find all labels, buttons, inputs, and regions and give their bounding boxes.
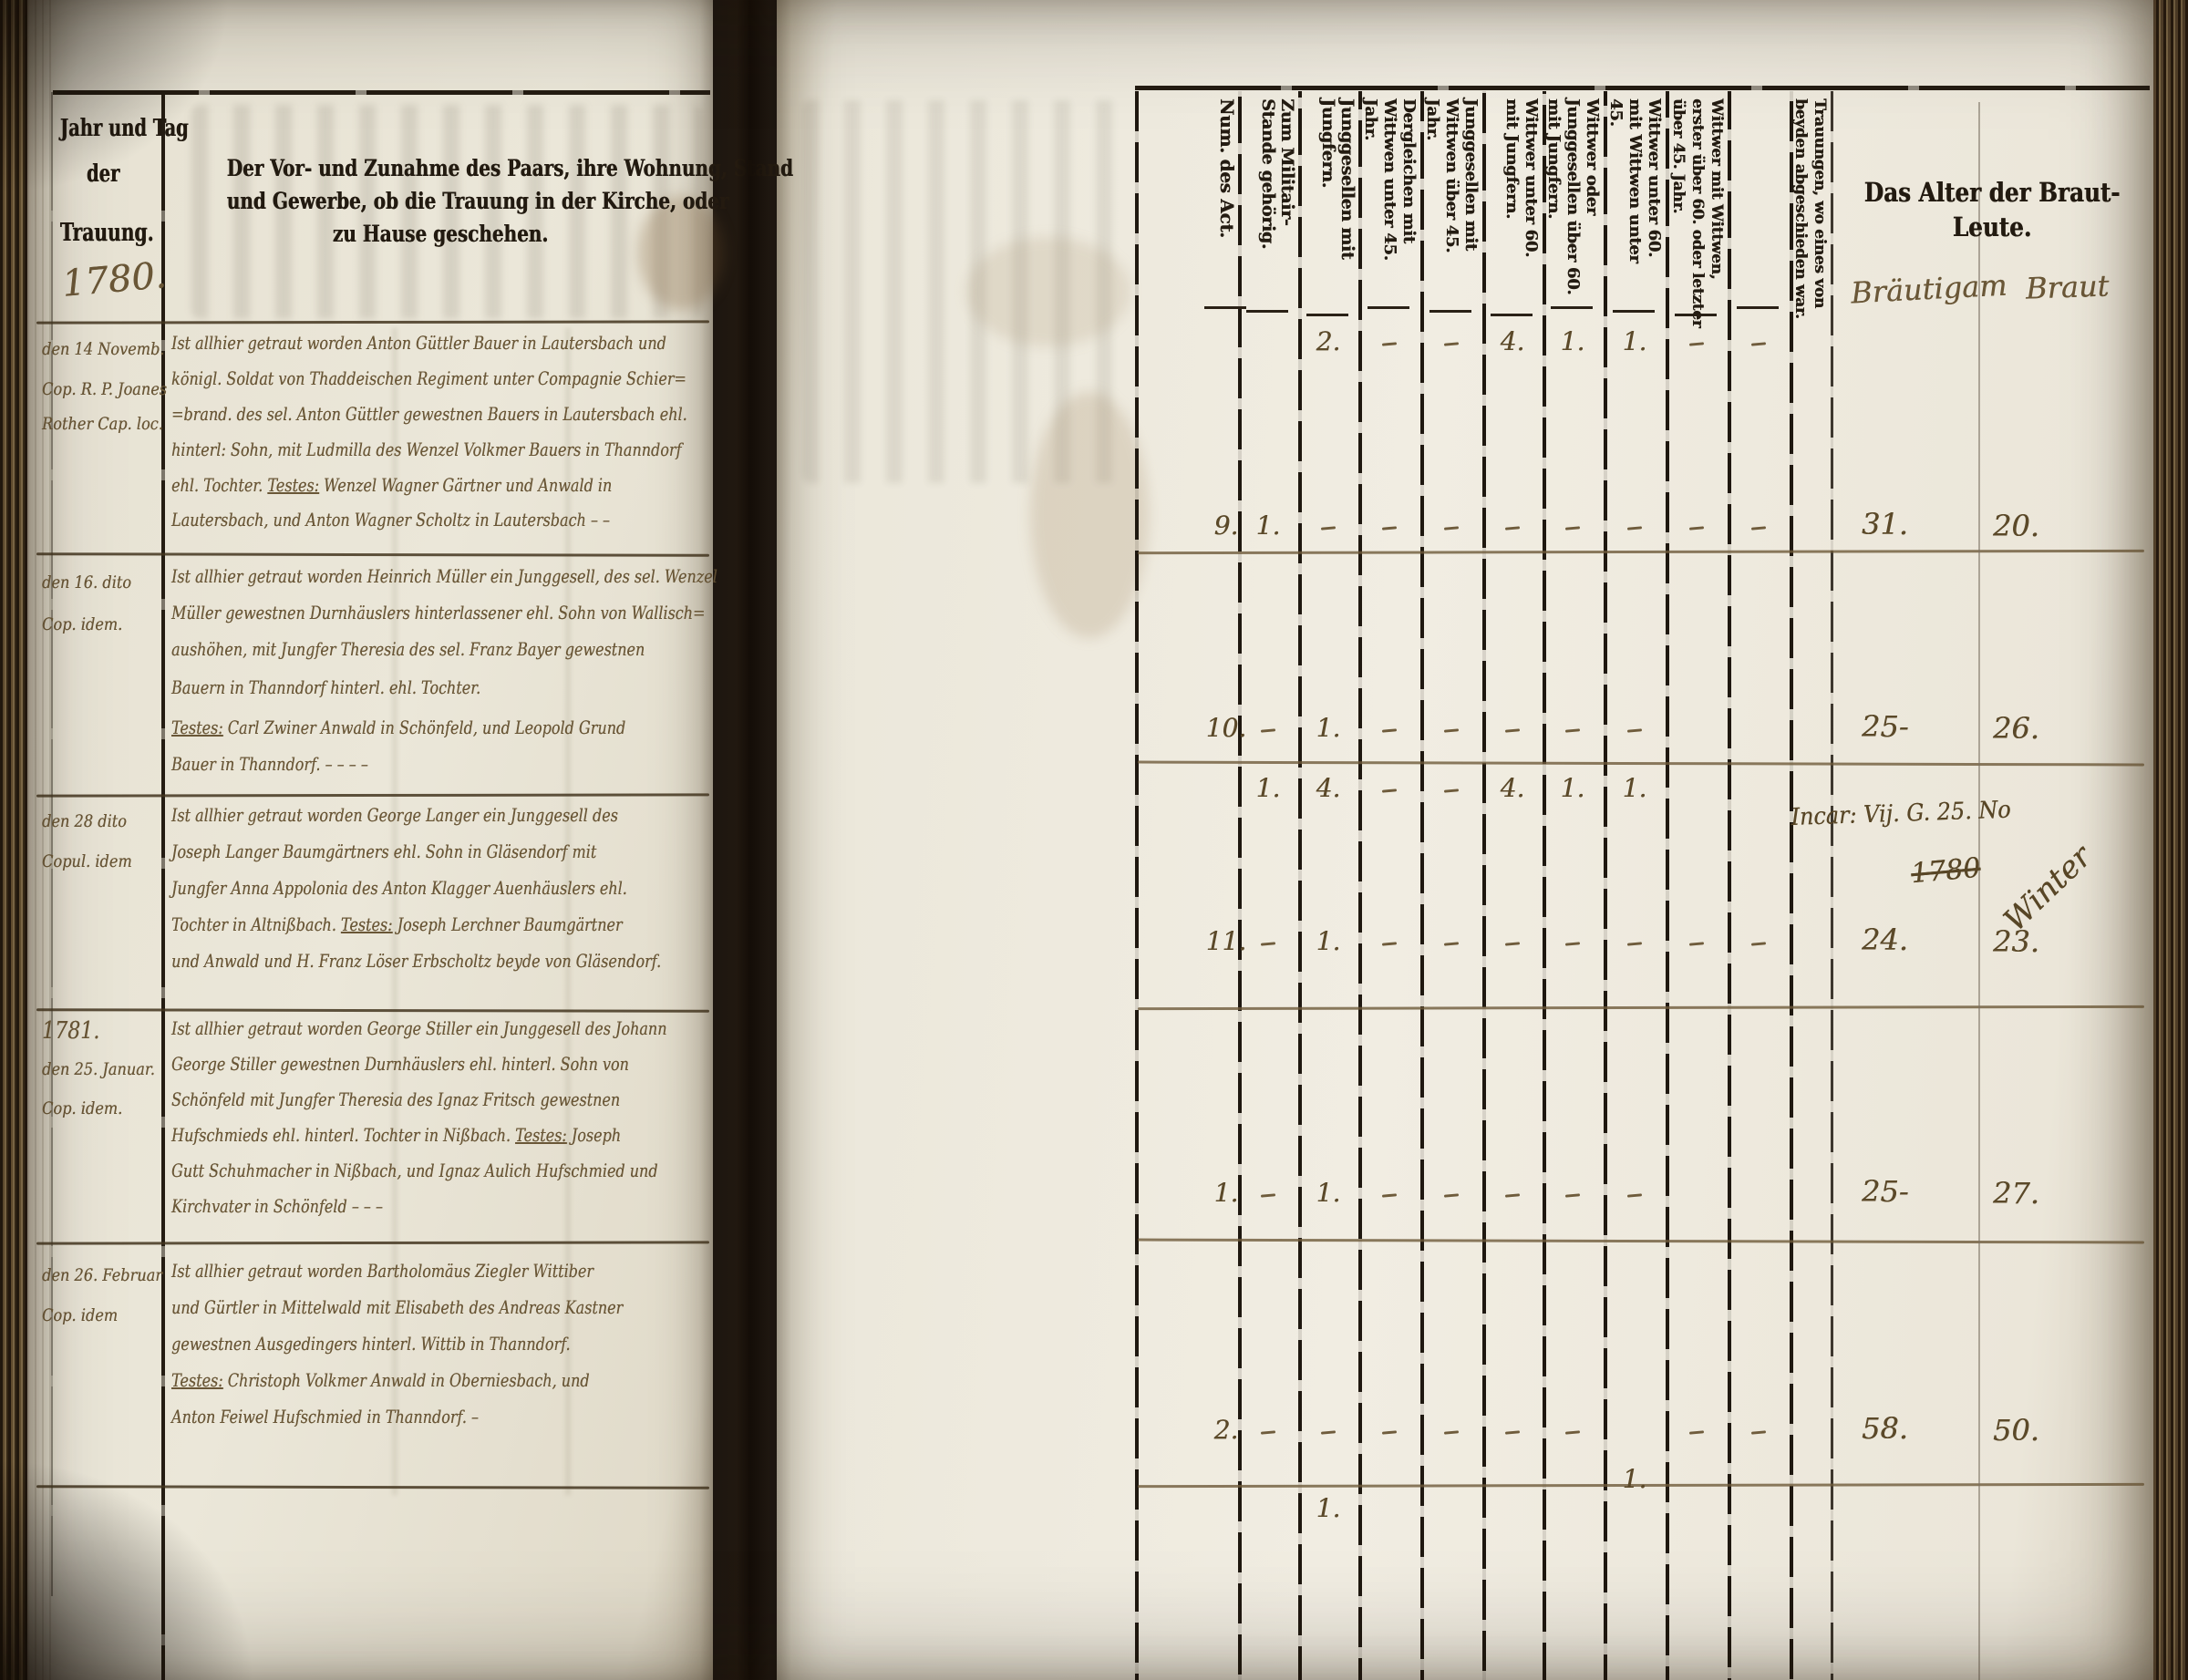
groom-age: 25- <box>1862 1174 1909 1209</box>
entry-text-line: Jungfer Anna Appolonia des Anton Klagger… <box>171 877 627 899</box>
entry-text-line: Ist allhier getraut worden Bartholomäus … <box>171 1260 593 1282</box>
entry-date-line: den 16. dito <box>42 572 131 593</box>
entry-text-line: und Anwald und H. Franz Löser Erbscholtz… <box>171 950 661 972</box>
entry-date-line: Rother Cap. loc. <box>42 414 163 434</box>
entry-date-line: den 28 dito <box>42 811 127 831</box>
stat-column-line <box>1604 91 1607 1680</box>
stat-value: 11. <box>1206 926 1247 956</box>
stat-value: 1. <box>1316 1178 1341 1208</box>
entry-text-line: Testes: Carl Zwiner Anwald in Schönfeld,… <box>171 716 625 738</box>
entry-text-line: königl. Soldat von Thaddeischen Regiment… <box>171 367 686 389</box>
entry-text-line: aushöhen, mit Jungfer Theresia des sel. … <box>171 638 645 660</box>
stain-right-page-margin <box>1030 392 1149 638</box>
entry-text-line: Joseph Langer Baumgärtners ehl. Sohn in … <box>171 840 596 862</box>
header-end-tick <box>1204 306 1246 309</box>
main-header-line1: Der Vor- und Zunahme des Paars, ihre Woh… <box>227 155 655 181</box>
left-header-line1: Jahr und Tag <box>60 115 147 142</box>
left-header-line3: Trauung. <box>60 219 147 247</box>
entry-text-line: Gutt Schuhmacher in Nißbach, und Ignaz A… <box>171 1160 657 1181</box>
stat-column-header: Wittwer mit Wittwen, erster über 60. ode… <box>1666 98 1726 328</box>
bride-age: 26. <box>1993 711 2039 746</box>
right-top-rule <box>1135 86 2150 90</box>
stat-value: 1. <box>1316 926 1341 956</box>
stat-value: 2. <box>1214 1415 1239 1445</box>
stat-column-header: Junggesellen mit Wittwen über 45. Jahr. <box>1420 98 1481 290</box>
entry-text-line: Ist allhier getraut worden George Stille… <box>171 1017 666 1039</box>
stat-value: 1. <box>1561 326 1585 356</box>
entry-text-line: und Gürtler in Mittelwald mit Elisabeth … <box>171 1296 623 1318</box>
stat-column-header: Trauungen, wo eines von beyden abgeschie… <box>1728 98 1829 331</box>
entry-text-line: Müller gewestnen Durnhäuslers hinterlass… <box>171 602 705 624</box>
groom-age: 24. <box>1862 922 1908 957</box>
entry-text-line: Testes: Christoph Volkmer Anwald in Ober… <box>171 1369 590 1391</box>
header-end-tick <box>1551 306 1593 309</box>
entry-date-line: Cop. idem. <box>42 614 122 634</box>
entry-date-line: 1781. <box>42 1017 99 1045</box>
entry-text-line: Bauer in Thanndorf. – – – – <box>171 753 368 775</box>
book-edge-right <box>2152 0 2188 1680</box>
stat-column-header: Dergleichen mit Wittwen unter 45. Jahr. <box>1358 98 1419 285</box>
stat-value: 1. <box>1623 326 1647 356</box>
stat-value: 1. <box>1214 1178 1239 1208</box>
stat-column-line <box>1358 91 1362 1680</box>
left-column-divider <box>161 92 165 1680</box>
bride-age: 50. <box>1993 1413 2039 1448</box>
stat-column-header: Num. des Act. <box>1138 98 1236 244</box>
stat-column-line <box>1543 91 1546 1680</box>
header-end-tick <box>1429 310 1471 313</box>
stat-column-header: Wittwer oder Junggesellen über 60. mit J… <box>1543 98 1602 299</box>
header-end-tick <box>1306 314 1348 316</box>
entry-date-line: Cop. R. P. Joanes <box>42 379 167 399</box>
stat-column-header: Junggesellen mit Jungfern. <box>1298 98 1357 273</box>
entry-date-line: den 14 Novemb. <box>42 339 164 359</box>
stat-value: 4. <box>1316 773 1341 803</box>
age-header-line2: Leute. <box>1858 211 2126 242</box>
stat-column-line <box>1420 91 1424 1680</box>
left-margin-rule <box>51 92 53 1596</box>
groom-age: 31. <box>1862 507 1908 541</box>
header-end-tick <box>1491 314 1533 316</box>
stat-value: 4. <box>1501 773 1525 803</box>
stat-value: 2. <box>1316 326 1341 356</box>
ages-section-border <box>1831 91 1833 1680</box>
book-spread: Jahr und Tag der Trauung. 1780. Der Vor-… <box>0 0 2188 1680</box>
entry-text-line: Anton Feiwel Hufschmied in Thanndorf. – <box>171 1406 479 1427</box>
bride-age: 27. <box>1993 1176 2039 1211</box>
stat-value: 1. <box>1256 510 1281 541</box>
entry-text-line: Hufschmieds ehl. hinterl. Tochter in Niß… <box>171 1124 621 1146</box>
entry-date-line: Copul. idem <box>42 851 132 871</box>
stat-value: 4. <box>1501 326 1525 356</box>
stat-column-header: Zum Militair-Stande gehörig. <box>1238 98 1296 281</box>
entry-date-line: Cop. idem. <box>42 1098 122 1118</box>
entry-date-line: Cop. idem <box>42 1305 118 1325</box>
stat-value: 1. <box>1256 773 1281 803</box>
stat-column-line <box>1135 91 1139 1680</box>
entry-text-line: Tochter in Altnißbach. Testes: Joseph Le… <box>171 913 623 935</box>
book-edge-left <box>0 0 31 1680</box>
bride-age: 20. <box>1993 509 2039 543</box>
entry-text-line: ehl. Tochter. Testes: Wenzel Wagner Gärt… <box>171 474 612 496</box>
paper-crease-1 <box>392 328 397 1495</box>
left-header-line2: der <box>60 160 147 188</box>
stat-column-header: Wittwer unter 60. mit Jungfern. <box>1482 98 1541 276</box>
entry-text-line: Ist allhier getraut worden George Langer… <box>171 804 618 826</box>
entry-date-line: den 25. Januar. <box>42 1059 155 1079</box>
stain-right-page-top <box>966 237 1130 346</box>
bride-label: Braut <box>2025 268 2110 305</box>
header-end-tick <box>1367 306 1409 309</box>
main-header-line3: zu Hause geschehen. <box>227 221 655 247</box>
stat-value: 1. <box>1623 773 1647 803</box>
stat-column-line <box>1298 91 1302 1680</box>
entry-text-line: Kirchvater in Schönfeld – – – <box>171 1195 383 1217</box>
stat-value: 1. <box>1623 1464 1647 1494</box>
entry-text-line: =brand. des sel. Anton Güttler gewestnen… <box>171 403 687 425</box>
age-header-line1: Das Alter der Braut- <box>1858 177 2126 208</box>
entry-date-line: den 26. Februar <box>42 1265 162 1285</box>
entry-text-line: gewestnen Ausgedingers hinterl. Wittib i… <box>171 1333 571 1355</box>
entry-text-line: Ist allhier getraut worden Anton Güttler… <box>171 332 666 354</box>
groom-age: 58. <box>1862 1411 1908 1446</box>
stat-value: 1. <box>1316 1493 1341 1523</box>
stat-value: 10. <box>1206 713 1247 743</box>
stat-value: 9. <box>1214 510 1239 541</box>
entry-text-line: Bauern in Thanndorf hinterl. ehl. Tochte… <box>171 676 480 698</box>
stat-value: 1. <box>1316 713 1341 743</box>
entry-text-line: Schönfeld mit Jungfer Theresia des Ignaz… <box>171 1088 620 1110</box>
annotation-line2: 1780 <box>1910 852 1982 891</box>
entry-text-line: hinterl: Sohn, mit Ludmilla des Wenzel V… <box>171 438 681 460</box>
main-header-line2: und Gewerbe, ob die Trauung in der Kirch… <box>227 188 655 214</box>
entry-text-line: Lautersbach, und Anton Wagner Scholtz in… <box>171 509 610 531</box>
paper-crease-2 <box>565 328 571 1495</box>
groom-bride-divider <box>1978 102 1980 1680</box>
groom-age: 25- <box>1862 709 1909 744</box>
header-end-tick <box>1613 310 1655 313</box>
stat-value: 1. <box>1561 773 1585 803</box>
stat-column-line <box>1482 91 1486 1680</box>
header-end-tick <box>1246 310 1288 313</box>
entry-text-line: Ist allhier getraut worden Heinrich Müll… <box>171 565 717 587</box>
left-top-rule <box>53 90 710 95</box>
stat-column-line <box>1666 91 1669 1680</box>
stat-column-header: Wittwer unter 60. mit Wittwen unter 45. <box>1604 98 1664 290</box>
entry-text-line: George Stiller gewestnen Durnhäuslers eh… <box>171 1053 629 1075</box>
